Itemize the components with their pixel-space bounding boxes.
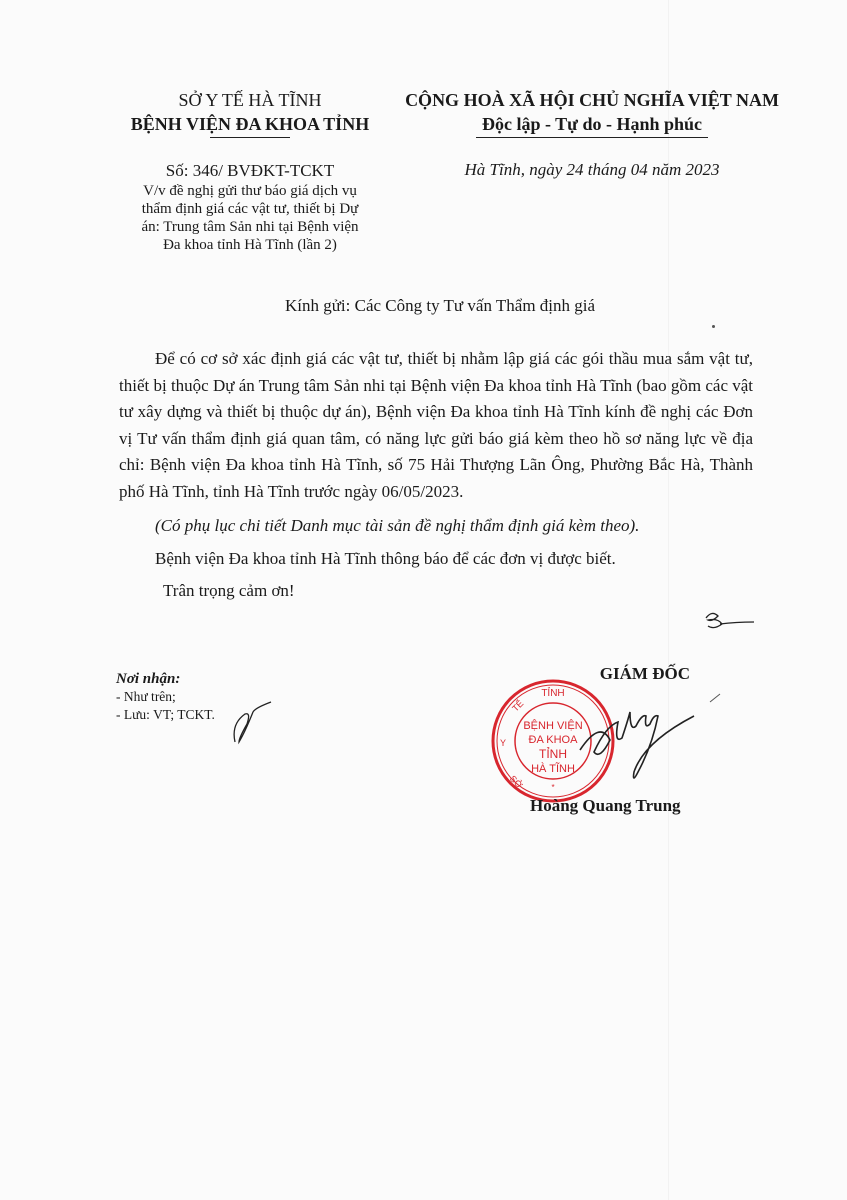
document-number: Số: 346/ BVĐKT-TCKT — [100, 160, 400, 182]
subject-line: V/v đề nghị gửi thư báo giá dịch vụ — [100, 182, 400, 200]
initial-signature-icon — [225, 700, 275, 750]
svg-text:*: * — [551, 783, 554, 792]
subject-line: án: Trung tâm Sản nhi tại Bệnh viện — [100, 218, 400, 236]
country-name: CỘNG HOÀ XÃ HỘI CHỦ NGHĨA VIỆT NAM — [382, 88, 802, 112]
subject-line: Đa khoa tỉnh Hà Tĩnh (lần 2) — [100, 236, 400, 254]
main-paragraph: Để có cơ sở xác định giá các vật tư, thi… — [119, 346, 753, 505]
appendix-note: (Có phụ lục chi tiết Danh mục tài sản đề… — [119, 513, 753, 540]
letter-body: Để có cơ sở xác định giá các vật tư, thi… — [119, 346, 753, 605]
ministry-name: SỞ Y TẾ HÀ TĨNH — [100, 88, 400, 112]
issuer-block: SỞ Y TẾ HÀ TĨNH BỆNH VIỆN ĐA KHOA TỈNH S… — [100, 88, 400, 254]
recipient-item: - Lưu: VT; TCKT. — [116, 706, 215, 724]
signature-block: GIÁM ĐỐC Hoàng Quang Trung — [520, 664, 720, 684]
notice-line: Bệnh viện Đa khoa tỉnh Hà Tĩnh thông báo… — [119, 546, 753, 573]
hospital-underline — [210, 137, 290, 138]
subject-line: thẩm định giá các vật tư, thiết bị Dự — [100, 200, 400, 218]
motto-underline — [476, 137, 708, 138]
motto: Độc lập - Tự do - Hạnh phúc — [382, 112, 802, 136]
hospital-name: BỆNH VIỆN ĐA KHOA TỈNH — [100, 112, 400, 136]
recipients-block: Nơi nhận: - Như trên; - Lưu: VT; TCKT. — [116, 670, 215, 724]
initial-mark-icon — [700, 608, 760, 632]
svg-text:TẾ: TẾ — [510, 698, 525, 713]
recipients-title: Nơi nhận: — [116, 670, 215, 688]
svg-text:Y: Y — [500, 738, 506, 748]
signature-icon — [560, 690, 730, 800]
thanks-line: Trân trọng cảm ơn! — [119, 578, 753, 605]
recipient-item: - Như trên; — [116, 688, 215, 706]
ink-dot — [712, 325, 715, 328]
salutation: Kính gửi: Các Công ty Tư vấn Thẩm định g… — [130, 296, 750, 316]
national-header: CỘNG HOÀ XÃ HỘI CHỦ NGHĨA VIỆT NAM Độc l… — [382, 88, 802, 180]
signer-role: GIÁM ĐỐC — [520, 664, 720, 684]
place-date: Hà Tĩnh, ngày 24 tháng 04 năm 2023 — [382, 160, 802, 180]
